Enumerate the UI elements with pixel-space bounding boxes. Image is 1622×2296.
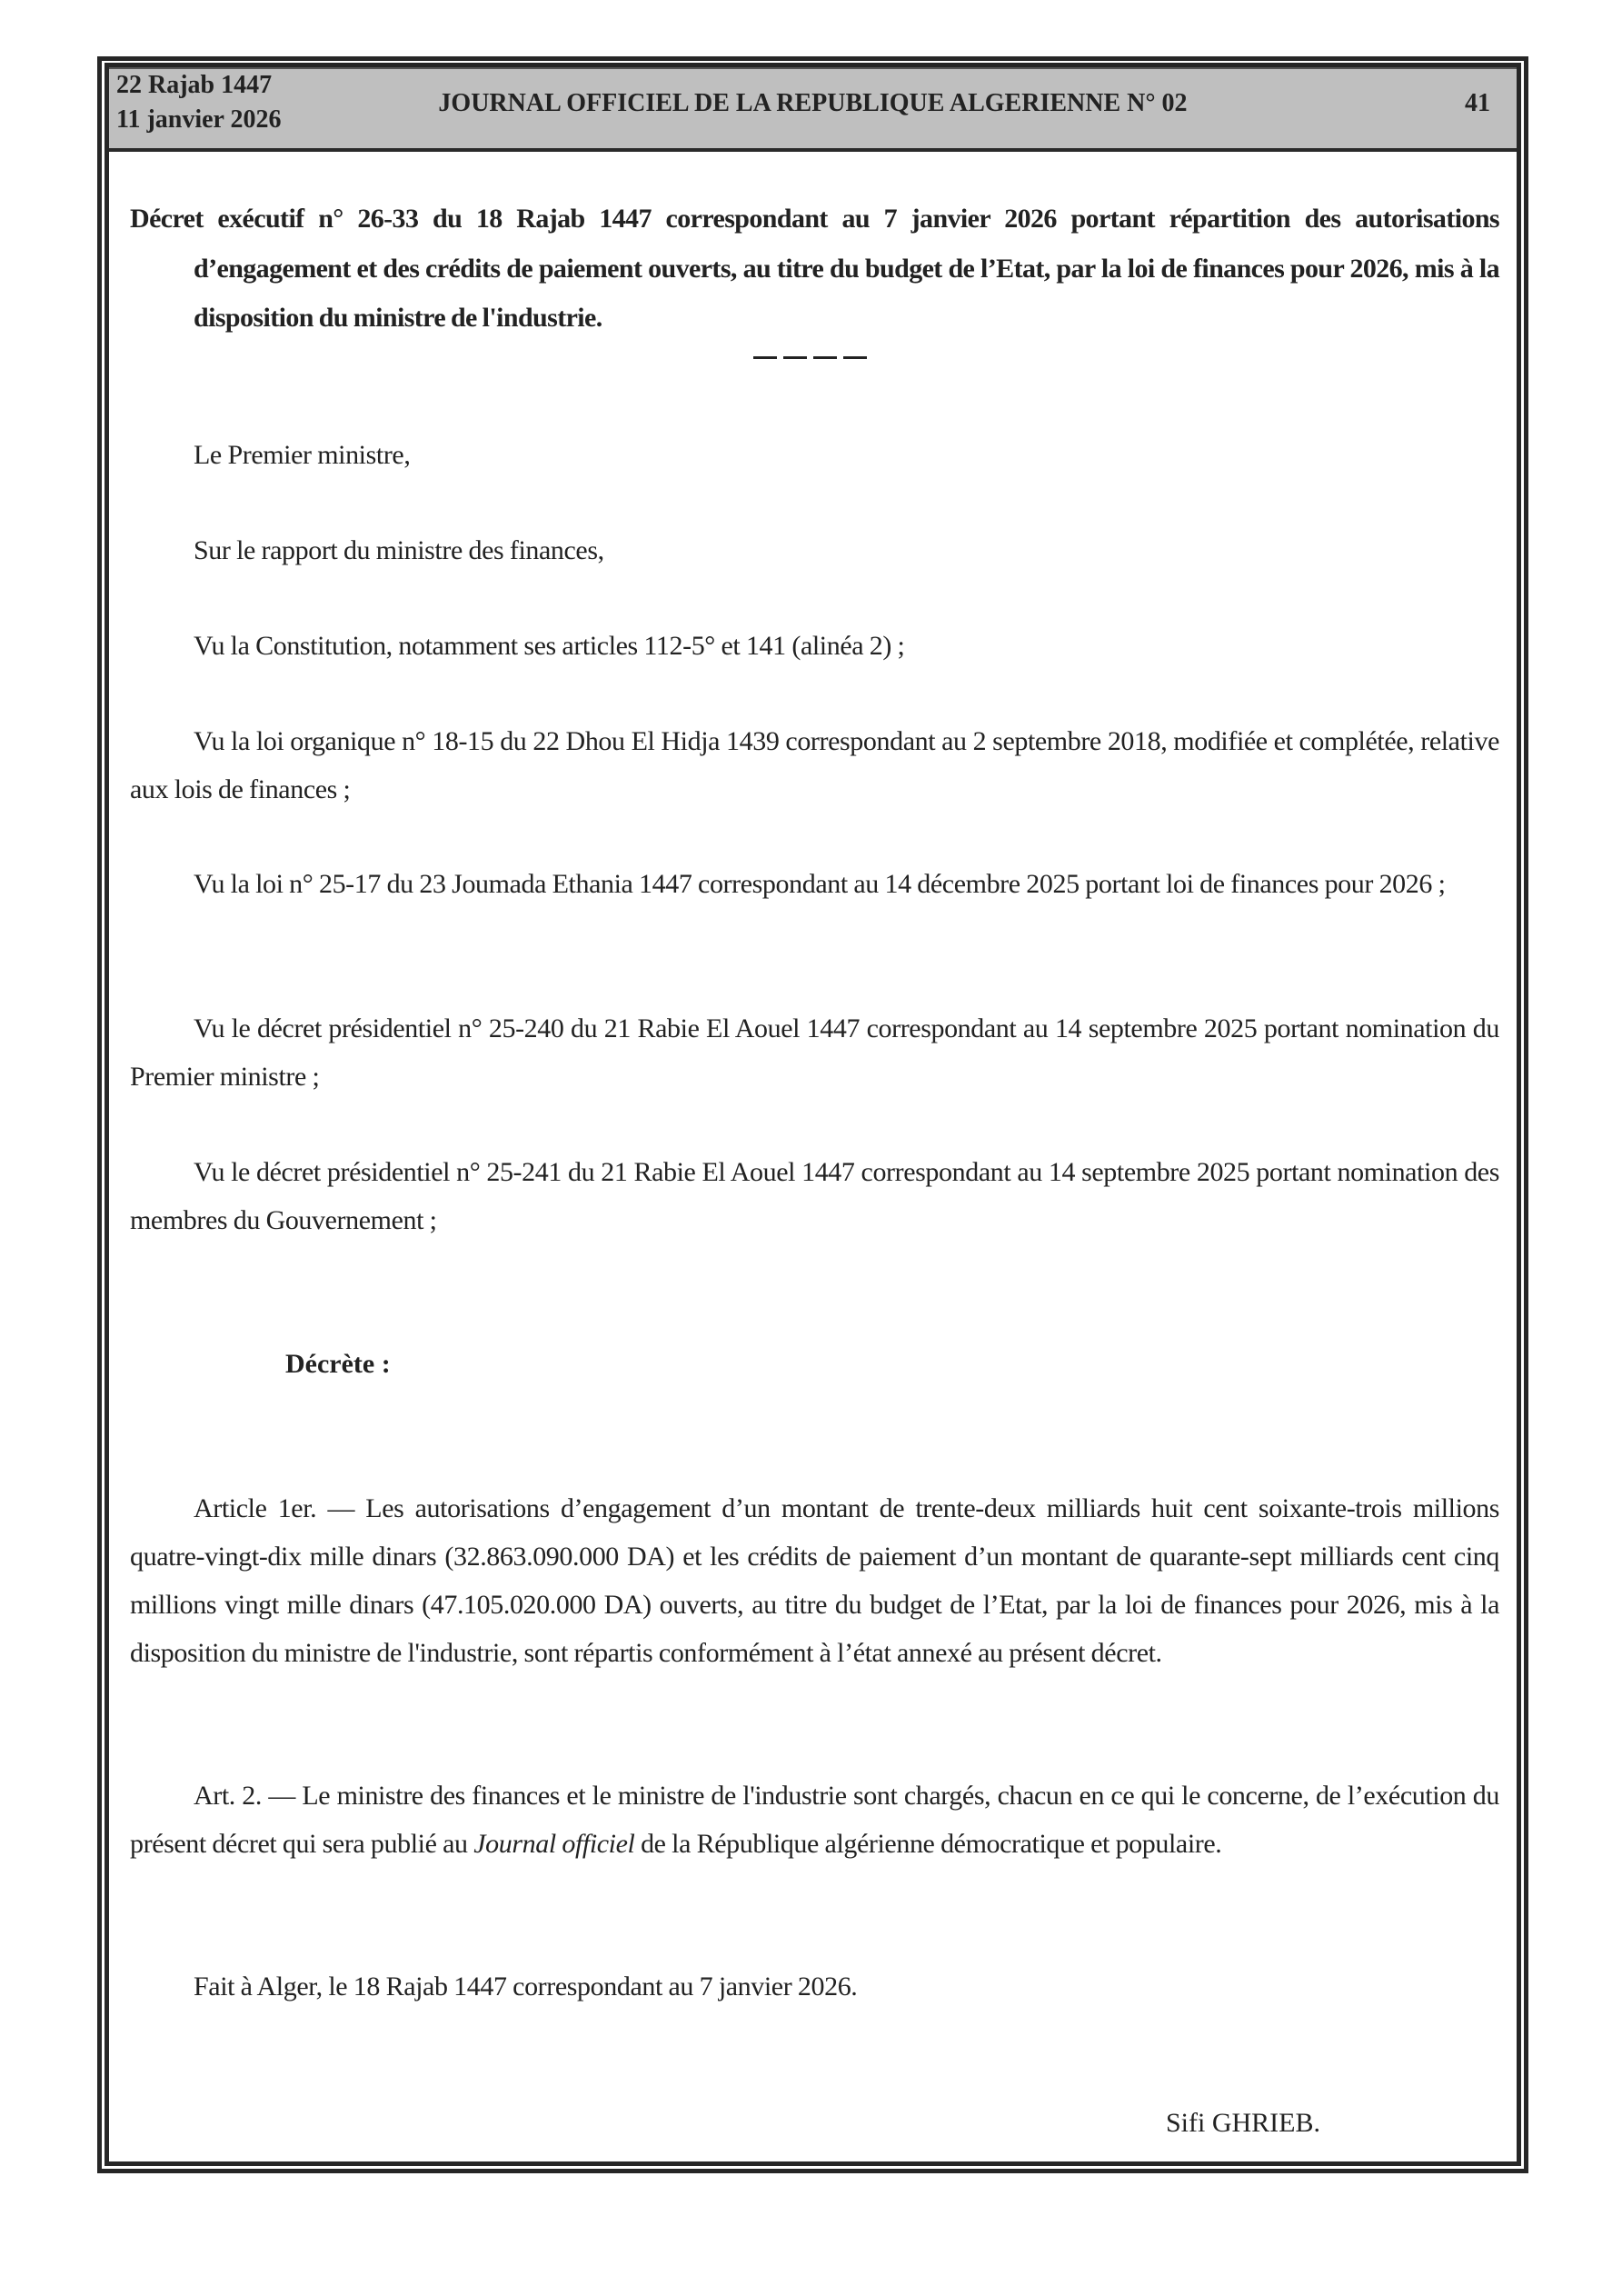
- preamble-loi-organique: Vu la loi organique n° 18-15 du 22 Dhou …: [130, 717, 1499, 814]
- page-number: 41: [1465, 91, 1490, 116]
- journal-officiel-italic: Journal officiel: [473, 1829, 634, 1859]
- preamble-loi-finances: Vu la loi n° 25-17 du 23 Joumada Ethania…: [130, 860, 1499, 908]
- preamble-decret-25-240: Vu le décret présidentiel n° 25-240 du 2…: [130, 1004, 1499, 1101]
- preamble-constitution: Vu la Constitution, notamment ses articl…: [130, 622, 1499, 670]
- decree-title: Décret exécutif n° 26-33 du 18 Rajab 144…: [130, 195, 1499, 344]
- signatory: Sifi GHRIEB.: [1166, 2105, 1320, 2141]
- article-1: Article 1er. — Les autorisations d’engag…: [130, 1484, 1499, 1677]
- preamble-rapport: Sur le rapport du ministre des finances,: [130, 526, 1499, 574]
- journal-title: JOURNAL OFFICIEL DE LA REPUBLIQUE ALGERI…: [109, 91, 1517, 116]
- done-at: Fait à Alger, le 18 Rajab 1447 correspon…: [130, 1962, 1499, 2011]
- decrees-heading: Décrète :: [285, 1340, 391, 1388]
- title-separator: [753, 356, 868, 359]
- preamble-premier-ministre: Le Premier ministre,: [130, 431, 1499, 479]
- article-2-text-b: de la République algérienne démocratique…: [634, 1829, 1221, 1859]
- preamble-decret-25-241: Vu le décret présidentiel n° 25-241 du 2…: [130, 1148, 1499, 1244]
- article-2: Art. 2. — Le ministre des finances et le…: [130, 1772, 1499, 1868]
